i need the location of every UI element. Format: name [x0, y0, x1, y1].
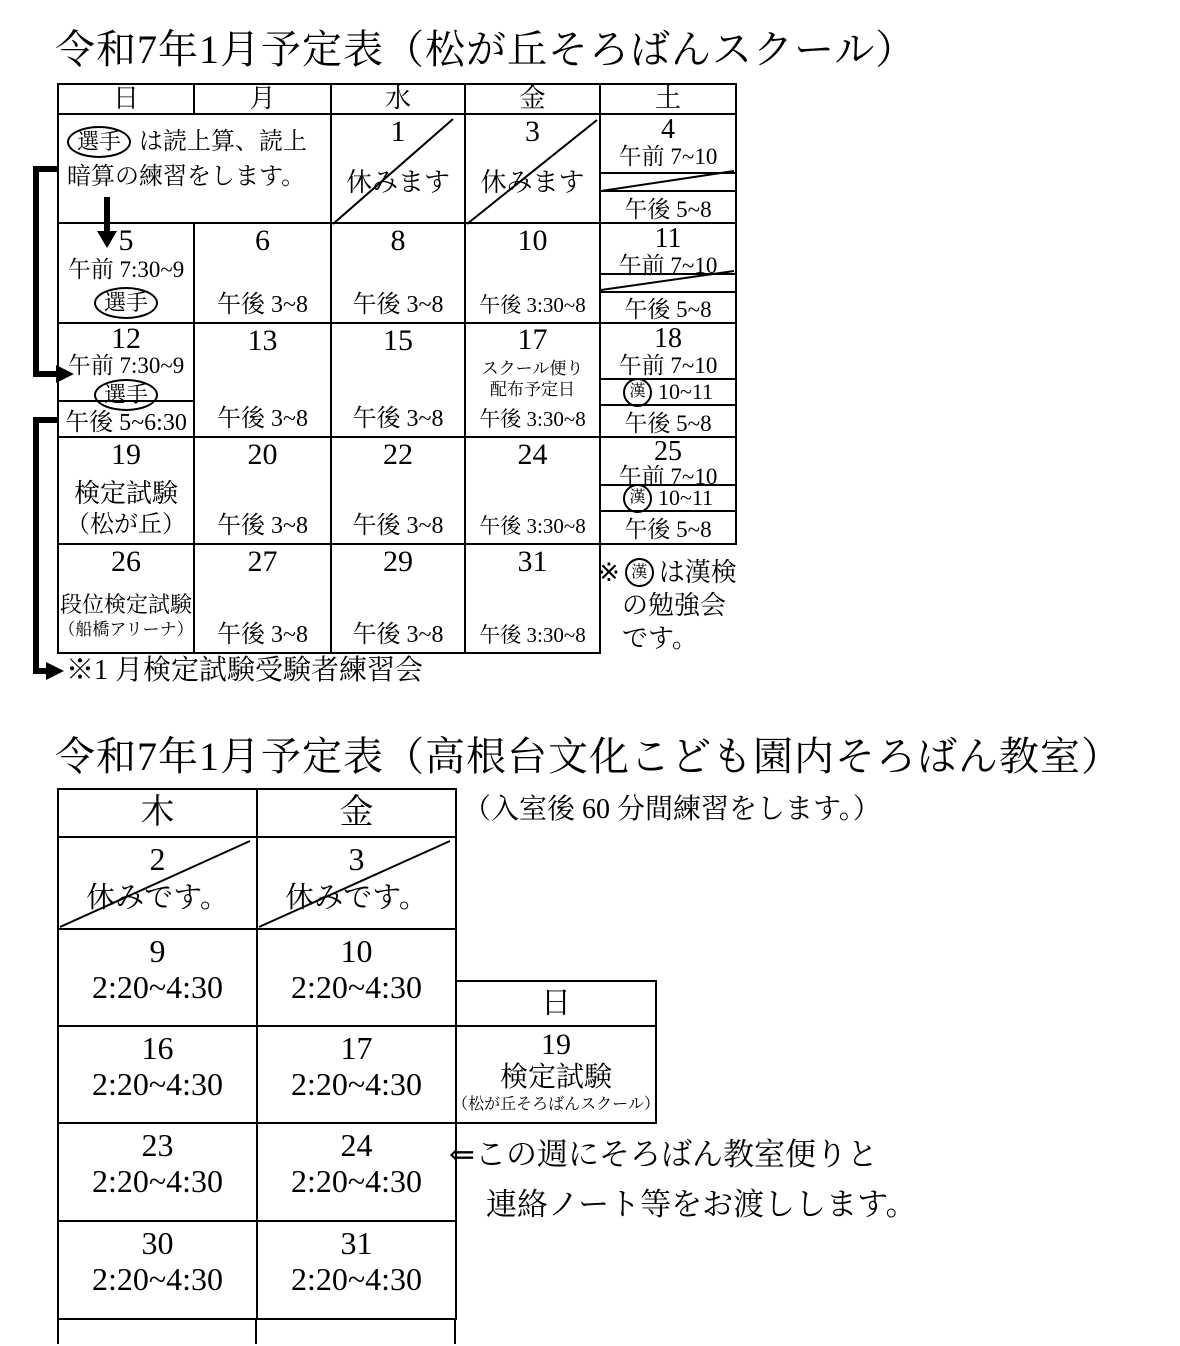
bracket-arrow-practice-head-icon	[46, 662, 64, 680]
t1-cell-jan24: 24 午後 3:30~8	[464, 436, 601, 545]
date-label: 19	[111, 439, 141, 471]
date-label: 10	[341, 933, 373, 969]
senshu-badge: 選手	[67, 126, 131, 158]
date-label: 19	[541, 1029, 571, 1061]
kanken-session: 漢 10~11	[623, 486, 713, 510]
pm-time: 午後 3~8	[332, 284, 464, 319]
t1-cell-jan18-kanken: 漢 10~11	[599, 378, 737, 406]
evening-time: 午後 5~6:30	[65, 402, 187, 437]
date-label: 1	[391, 116, 406, 148]
t2-cell-jan16: 16 2:20~4:30	[57, 1025, 258, 1124]
am-time: 午前 7:30~9	[68, 257, 185, 283]
date-label: 15	[383, 325, 413, 357]
date-label: 23	[142, 1127, 174, 1163]
kan-time: 10~11	[658, 485, 713, 511]
t2-cell-jan19-exam: 19 検定試験 （松が丘そろばんスクール）	[455, 1025, 657, 1124]
t1-header-wed-label: 水	[385, 86, 411, 112]
table2-subtitle: （入室後 60 分間練習をします。）	[463, 790, 881, 830]
t1-cell-jan29: 29 午後 3~8	[330, 543, 466, 654]
date-label: 26	[111, 546, 141, 578]
date-label: 17	[341, 1030, 373, 1066]
time-label: 2:20~4:30	[291, 1163, 422, 1199]
date-label: 31	[341, 1225, 373, 1261]
kan-time: 10~11	[658, 379, 713, 405]
t2-header-thu: 木	[57, 788, 258, 838]
reference-mark: ※	[598, 556, 620, 589]
pm-time: 午後 5~8	[624, 291, 711, 324]
school-letter-note: スクール便り	[482, 358, 584, 379]
kan-badge: 漢	[623, 378, 652, 407]
t1-cell-jan4-am: 4 午前 7~10	[599, 113, 737, 174]
date-label: 16	[142, 1030, 174, 1066]
t2-sun-header: 日	[455, 980, 657, 1027]
t2-header-fri-label: 金	[340, 796, 374, 830]
t1-cell-jan6: 6 午後 3~8	[193, 222, 332, 324]
handout-week-note-line1: ⇐この週にそろばん教室便りと	[449, 1136, 878, 1174]
pm-time: 午後 3:30~8	[466, 619, 599, 649]
t1-header-fri: 金	[464, 83, 601, 115]
t1-cell-jan12: 12 午前 7:30~9 選手	[57, 322, 195, 402]
t1-cell-jan19: 19 検定試験 （松が丘）	[57, 436, 195, 545]
date-label: 17	[518, 325, 548, 355]
pm-time: 午後 3~8	[195, 398, 330, 433]
bracket-arrow-senshu-icon	[36, 169, 58, 374]
t1-cell-jan8: 8 午後 3~8	[330, 222, 466, 324]
date-label: 31	[518, 546, 548, 578]
venue-label: （船橋アリーナ）	[58, 618, 193, 642]
pm-time: 午後 3~8	[195, 505, 330, 540]
t2-sun-header-label: 日	[541, 989, 571, 1019]
am-time: 午前 7~10	[619, 353, 718, 379]
t1-cell-jan4-pm: 午後 5~8	[599, 190, 737, 224]
t2-cell-jan30: 30 2:20~4:30	[57, 1220, 258, 1320]
t2-cell-jan3: 3 休みです。	[256, 836, 457, 930]
senshu-note-line2: 暗算の練習をします。	[67, 159, 305, 195]
pm-time: 午後 3~8	[332, 614, 464, 649]
t1-cell-jan15: 15 午後 3~8	[330, 322, 466, 438]
t1-header-sat-label: 土	[655, 86, 681, 112]
date-label: 5	[119, 225, 134, 257]
t1-cell-jan25-pm: 午後 5~8	[599, 510, 737, 545]
date-label: 29	[383, 546, 413, 578]
date-label: 24	[518, 439, 548, 471]
pm-time: 午後 3~8	[195, 284, 330, 319]
table2-title: 令和7年1月予定表（高根台文化こども園内そろばん教室）	[55, 735, 1122, 779]
time-label: 2:20~4:30	[291, 1066, 422, 1102]
pm-time: 午後 3:30~8	[466, 510, 599, 540]
date-label: 24	[341, 1127, 373, 1163]
date-label: 22	[383, 439, 413, 471]
date-label: 27	[248, 546, 278, 578]
kanken-session: 漢 10~11	[623, 380, 713, 404]
pm-time: 午後 5~8	[624, 405, 711, 438]
t1-cell-jan18-pm: 午後 5~8	[599, 404, 737, 438]
date-label: 2	[150, 841, 166, 877]
date-label: 25	[654, 439, 682, 465]
kan-badge: 漢	[625, 558, 654, 587]
date-label: 18	[654, 325, 682, 353]
handout-week-note-line2: 連絡ノート等をお渡しします。	[486, 1186, 917, 1224]
closed-label: 休みます	[346, 162, 450, 199]
date-label: 12	[111, 325, 141, 353]
t1-cell-jan25-am: 25 午前 7~10	[599, 436, 737, 486]
kanken-legend-line3: です。	[622, 622, 737, 655]
event-label: 検定試験	[500, 1061, 612, 1095]
date-label: 9	[150, 933, 166, 969]
date-label: 10	[518, 225, 548, 257]
t1-cell-jan11-midband	[599, 273, 737, 293]
kanken-legend-line1: ※ 漢 は漢検	[598, 556, 737, 589]
t1-header-sun-label: 日	[113, 86, 139, 112]
t1-senshu-note-cell: 選手 は読上算、読上 暗算の練習をします。	[57, 113, 332, 224]
date-label: 20	[248, 439, 278, 471]
t1-cell-jan5: 5 午前 7:30~9 選手	[57, 222, 195, 324]
t1-cell-jan3: 3 休みます	[464, 113, 601, 224]
senshu-note-text1: は読上算、読上	[139, 125, 307, 159]
time-label: 2:20~4:30	[291, 1261, 422, 1297]
time-label: 2:20~4:30	[291, 969, 422, 1005]
date-label: 30	[142, 1225, 174, 1261]
closed-label: 休みます	[480, 162, 584, 199]
t2-cell-jan2: 2 休みです。	[57, 836, 258, 930]
t1-cell-jan17: 17 スクール便り 配布予定日 午後 3:30~8	[464, 322, 601, 438]
pm-time: 午後 3:30~8	[466, 289, 599, 319]
venue-label: （松が丘そろばんスクール）	[452, 1095, 660, 1115]
t2-cell-jan23: 23 2:20~4:30	[57, 1122, 258, 1222]
t1-header-wed: 水	[330, 83, 466, 115]
t2-cell-jan24: 24 2:20~4:30	[256, 1122, 457, 1222]
date-label: 8	[391, 225, 406, 257]
t2-header-thu-label: 木	[141, 796, 175, 830]
t1-header-mon-label: 月	[249, 86, 275, 112]
pm-time: 午後 5~8	[624, 191, 711, 224]
t1-cell-jan11-pm: 午後 5~8	[599, 291, 737, 324]
t1-cell-jan1: 1 休みます	[330, 113, 466, 224]
t1-header-sat: 土	[599, 83, 737, 115]
date-label: 4	[661, 116, 675, 144]
kanken-legend-note: ※ 漢 は漢検 の勉強会 です。	[598, 556, 737, 655]
venue-label: （松が丘）	[66, 510, 186, 540]
t1-cell-jan25-kanken: 漢 10~11	[599, 484, 737, 512]
t2-cell-jan10: 10 2:20~4:30	[256, 928, 457, 1027]
kanken-legend-text1: は漢検	[659, 556, 737, 589]
january-exam-practice-note: ※1 月検定試験受験者練習会	[66, 655, 423, 687]
pm-time: 午後 3~8	[332, 505, 464, 540]
schedule-document: 令和7年1月予定表（松が丘そろばんスクール） 日 月 水 金 土 選手 は読上算…	[0, 0, 1180, 1346]
table1-title: 令和7年1月予定表（松が丘そろばんスクール）	[55, 28, 916, 72]
date-label: 6	[255, 225, 270, 257]
date-label: 11	[655, 225, 682, 253]
time-label: 2:20~4:30	[92, 1066, 223, 1102]
t1-cell-jan11-am: 11 午前 7~10	[599, 222, 737, 275]
t1-cell-jan22: 22 午後 3~8	[330, 436, 466, 545]
t2-header-fri: 金	[256, 788, 457, 838]
t1-cell-jan31: 31 午後 3:30~8	[464, 543, 601, 654]
date-label: 3	[349, 841, 365, 877]
t1-cell-jan18-am: 18 午前 7~10	[599, 322, 737, 380]
kan-badge: 漢	[623, 484, 652, 513]
t2-cell-jan31: 31 2:20~4:30	[256, 1220, 457, 1320]
pm-time: 午後 3~8	[195, 614, 330, 649]
am-time: 午前 7:30~9	[68, 353, 185, 379]
closed-label: 休みです。	[86, 879, 229, 917]
t1-header-sun: 日	[57, 83, 195, 115]
time-label: 2:20~4:30	[92, 969, 223, 1005]
t1-cell-jan12-evening: 午後 5~6:30	[57, 400, 195, 438]
time-label: 2:20~4:30	[92, 1163, 223, 1199]
senshu-badge: 選手	[94, 287, 158, 319]
t1-cell-jan10: 10 午後 3:30~8	[464, 222, 601, 324]
event-label: 段位検定試験	[60, 592, 192, 618]
am-time: 午前 7~10	[619, 144, 718, 170]
t1-cell-jan4-midband	[599, 172, 737, 192]
pm-time: 午後 3:30~8	[466, 403, 599, 433]
date-label: 3	[525, 116, 540, 148]
closed-label: 休みです。	[285, 879, 428, 917]
kanken-legend-line2: の勉強会	[622, 589, 737, 622]
t1-cell-jan13: 13 午後 3~8	[193, 322, 332, 438]
t1-cell-jan20: 20 午後 3~8	[193, 436, 332, 545]
event-label: 検定試験	[74, 477, 178, 510]
t1-cell-jan26: 26 段位検定試験 （船橋アリーナ）	[57, 543, 195, 654]
t2-cell-jan9: 9 2:20~4:30	[57, 928, 258, 1027]
t2-cell-jan17: 17 2:20~4:30	[256, 1025, 457, 1124]
bracket-arrow-practice-icon	[36, 420, 57, 671]
pm-time: 午後 5~8	[624, 511, 711, 544]
pm-time: 午後 3~8	[332, 398, 464, 433]
date-label: 13	[248, 325, 278, 357]
t1-header-mon: 月	[193, 83, 332, 115]
senshu-note-line1: 選手 は読上算、読上	[67, 125, 307, 159]
t1-cell-jan27: 27 午後 3~8	[193, 543, 332, 654]
t1-header-fri-label: 金	[519, 86, 545, 112]
school-letter-note2: 配布予定日	[490, 379, 575, 400]
time-label: 2:20~4:30	[92, 1261, 223, 1297]
